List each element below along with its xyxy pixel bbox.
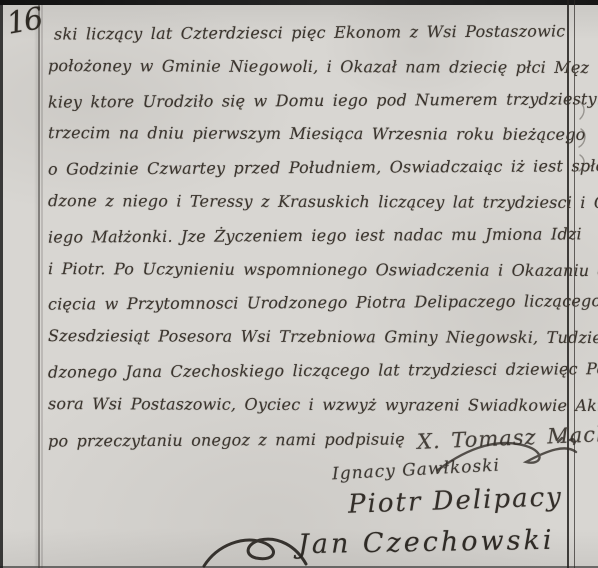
closing-formula: po przeczytaniu onegoz z nami podpisuię [48,429,405,450]
record-line: dzonego Jana Czechoskiego liczącego lat … [48,352,570,389]
folio-number: 16 [4,1,44,41]
witness-signature-3: Jan Czechowski [298,525,555,560]
right-margin-rule-inner [574,0,575,568]
scan-left-edge [0,0,3,568]
record-line: sora Wsi Postaszowic, Oyciec i wzwyż wyr… [48,387,570,423]
record-line: ski liczący lat Czterdziesci pięc Ekonom… [48,14,570,51]
record-text-block: ski liczący lat Czterdziesci pięc Ekonom… [48,16,570,455]
record-line: cięcia w Przytomnosci Urodzonego Piotra … [48,285,570,322]
record-line: trzecim na dniu pierwszym Miesiąca Wrzes… [48,116,570,152]
cutoff-signature-flourish [200,536,310,568]
record-line: iego Małżonki. Jze Życzeniem iego iest n… [48,217,570,254]
scan-top-edge [0,0,598,5]
record-line: o Godzinie Czwartey przed Południem, Osw… [48,150,570,187]
left-margin-rule [38,5,40,568]
record-line: kiey ktore Urodziło się w Domu iego pod … [48,82,570,119]
witness-signature-2: Piotr Delipacy [348,482,564,519]
scanned-birth-record-page: 16 ski liczący lat Czterdziesci pięc Eko… [0,0,598,568]
witness-signature-1: Ignacy Gawłkoski [332,456,501,485]
record-line: Szesdziesiąt Posesora Wsi Trzebniowa Gmi… [48,319,570,355]
record-line: i Piotr. Po Uczynieniu wspomnionego Oswi… [48,252,570,288]
record-line: dzone z niego i Teressy z Krasuskich lic… [48,184,570,220]
record-line: położoney w Gminie Niegowoli, i Okazał n… [48,49,570,85]
